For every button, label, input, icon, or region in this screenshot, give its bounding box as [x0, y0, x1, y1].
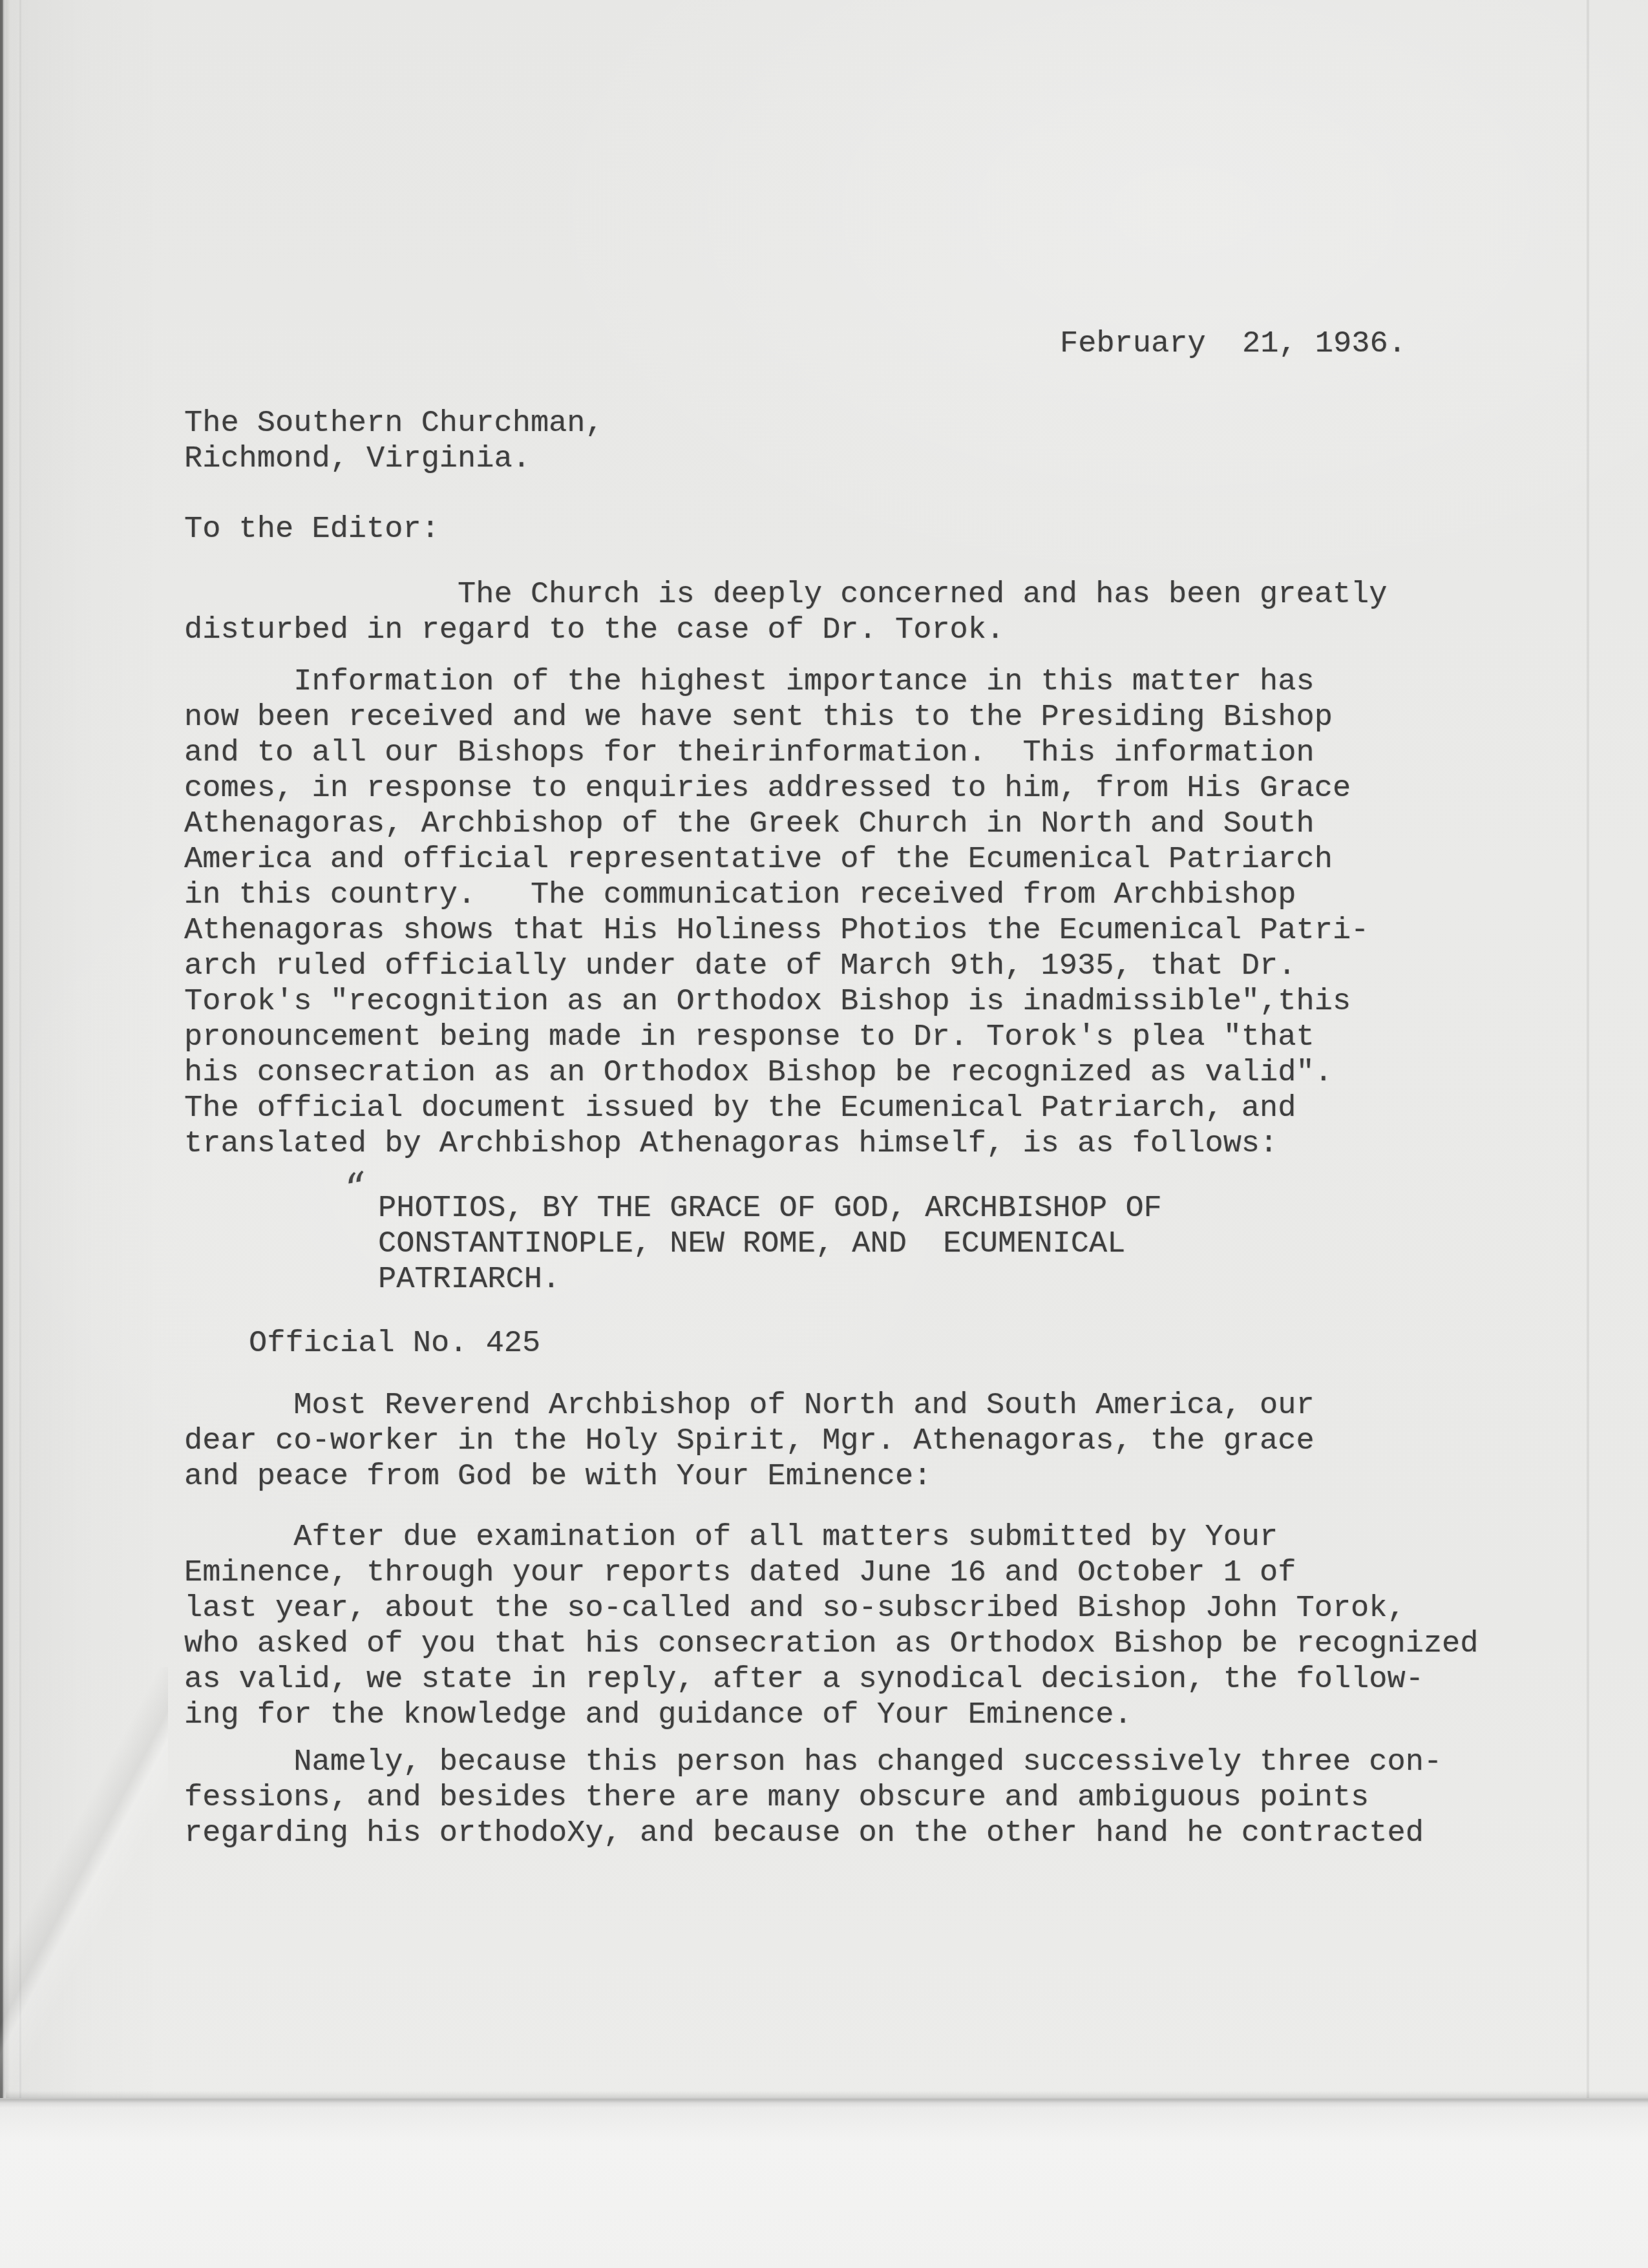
- salutation: To the Editor:: [184, 512, 439, 547]
- scanner-background: [0, 2098, 1648, 2268]
- paragraph-namely: Namely, because this person has changed …: [184, 1745, 1442, 1851]
- paragraph-greeting: Most Reverend Archbishop of North and So…: [184, 1388, 1315, 1495]
- paper-bottom-edge: [0, 2091, 1648, 2108]
- scanned-letter-page: February 21, 1936. The Southern Churchma…: [0, 0, 1648, 2268]
- paragraph-examination: After due examination of all matters sub…: [184, 1520, 1479, 1733]
- paragraph-information: Information of the highest importance in…: [184, 664, 1369, 1162]
- vertical-crease-right: [1587, 0, 1589, 2098]
- date-line: February 21, 1936.: [1060, 326, 1406, 362]
- paragraph-church-concern: The Church is deeply concerned and has b…: [184, 577, 1388, 648]
- corner-crease: [0, 1667, 168, 2098]
- official-number: Official No. 425: [249, 1326, 540, 1361]
- patriarch-heading: PHOTIOS, BY THE GRACE OF GOD, ARCHBISHOP…: [378, 1191, 1162, 1297]
- recipient-address: The Southern Churchman, Richmond, Virgin…: [184, 406, 604, 477]
